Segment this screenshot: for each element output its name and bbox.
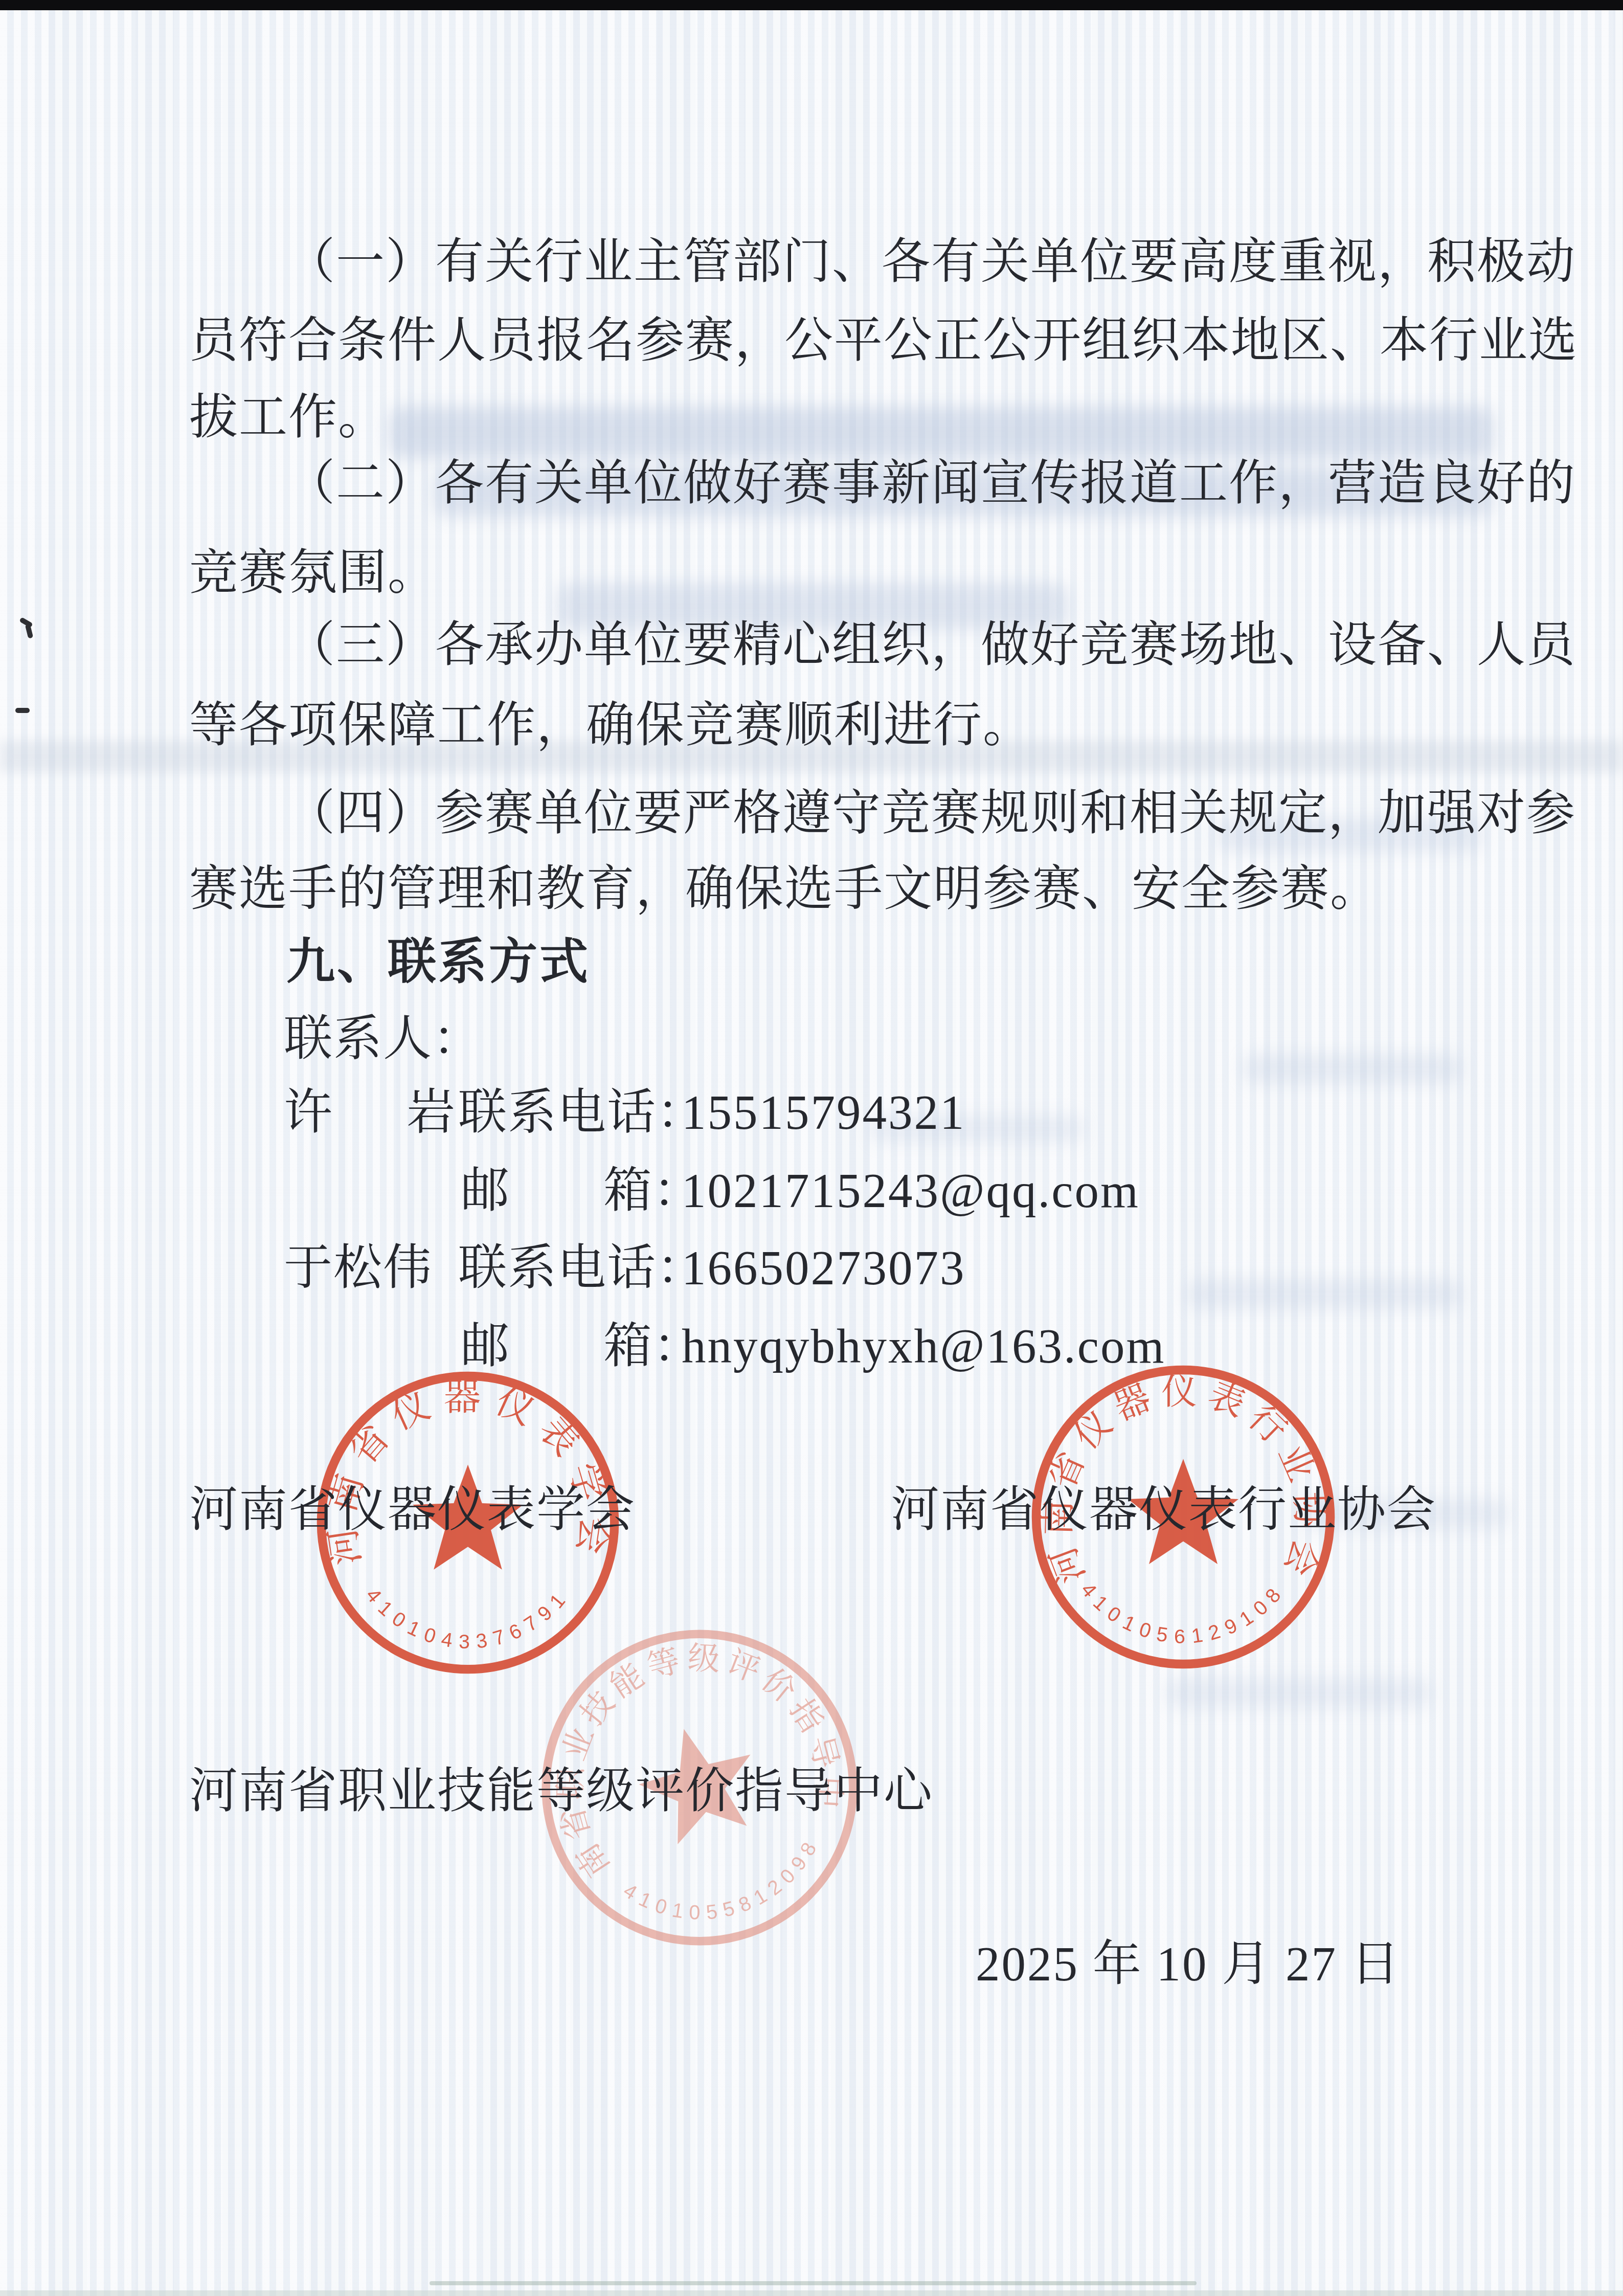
body-line-1: （一）有关行业主管部门、各有关单位要高度重视，积极动 bbox=[286, 236, 1576, 288]
section-heading-contact: 九、联系方式 bbox=[286, 937, 590, 988]
contact2-name: 于松伟 bbox=[284, 1242, 433, 1294]
body-line-3: 拔工作。 bbox=[189, 392, 388, 443]
contact1-phone-number: 15515794321 bbox=[682, 1087, 966, 1139]
contact2-email-address: hnyqybhyxh@163.com bbox=[682, 1321, 1165, 1372]
bleed-through-smudge bbox=[389, 407, 1493, 458]
signature-org-center: 河南省职业技能等级评价指导中心 bbox=[189, 1766, 933, 1817]
bleed-through-smudge bbox=[1166, 1678, 1432, 1708]
contact2-phone-number: 16650273073 bbox=[682, 1242, 966, 1294]
body-line-6: （三）各承办单位要精心组织，做好竞赛场地、设备、人员 bbox=[286, 619, 1576, 671]
contact1-email-address: 1021715243@qq.com bbox=[682, 1165, 1140, 1217]
scan-edge-bottom-strip bbox=[0, 2290, 1623, 2296]
seal-code-text: 4101043376791 bbox=[362, 1584, 574, 1653]
body-line-4: （二）各有关单位做好赛事新闻宣传报道工作，营造良好的 bbox=[286, 458, 1576, 509]
contact-label: 联系人： bbox=[284, 1013, 482, 1065]
body-line-7: 等各项保障工作，确保竞赛顺利进行。 bbox=[189, 700, 1032, 751]
ink-speck bbox=[15, 708, 30, 713]
contact1-email-label-a: 邮 bbox=[461, 1165, 510, 1217]
signature-org-left: 河南省仪器仪表学会 bbox=[189, 1484, 636, 1536]
body-line-2: 员符合条件人员报名参赛，公平公正公开组织本地区、本行业选 bbox=[189, 315, 1578, 367]
scan-edge-top-bar bbox=[0, 0, 1623, 10]
body-line-5: 竞赛氛围。 bbox=[189, 547, 437, 599]
contact2-phone-label: 联系电话： bbox=[458, 1242, 706, 1294]
seal-code-text: 4101056129108 bbox=[1076, 1578, 1290, 1647]
bleed-through-smudge bbox=[1186, 1279, 1462, 1309]
body-line-8: （四）参赛单位要严格遵守竞赛规则和相关规定，加强对参 bbox=[286, 788, 1576, 839]
date-line: 2025 年 10 月 27 日 bbox=[976, 1938, 1401, 1990]
ink-speck bbox=[25, 623, 33, 639]
scan-edge-bottom-line bbox=[430, 2281, 1197, 2285]
contact1-name-char1: 许 bbox=[284, 1087, 333, 1139]
contact1-phone-label: 联系电话： bbox=[458, 1087, 706, 1139]
scanned-document-page: 河南省仪器仪表学会 4101043376791 河南省仪器仪表行业协会 4101… bbox=[0, 0, 1623, 2296]
contact2-email-label-a: 邮 bbox=[461, 1321, 510, 1372]
body-line-9: 赛选手的管理和教育，确保选手文明参赛、安全参赛。 bbox=[189, 863, 1380, 915]
contact1-name-char2: 岩 bbox=[407, 1087, 456, 1139]
bleed-through-smudge bbox=[1243, 1054, 1462, 1084]
signature-org-right: 河南省仪器仪表行业协会 bbox=[891, 1484, 1436, 1536]
